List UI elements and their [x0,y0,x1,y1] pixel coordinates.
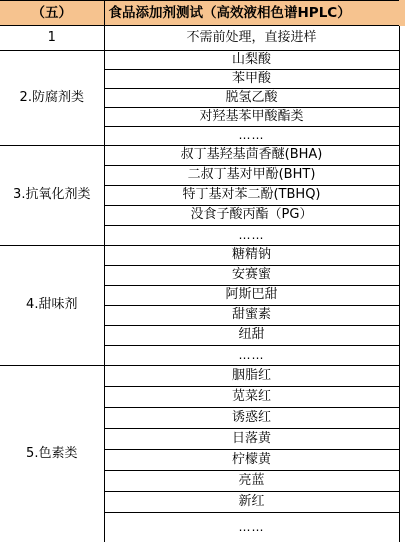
item-cell: 脱氢乙酸 [104,89,399,108]
item-cell: 柠檬黄 [104,450,399,471]
item-cell: 苋菜红 [104,387,399,408]
table-row: 3.抗氧化剂类 叔丁基羟基茴香醚(BHA) [0,146,399,166]
item-cell: 糖精钠 [104,246,399,266]
item-cell: 纽甜 [104,326,399,346]
item-cell: 山梨酸 [104,51,399,70]
section-label-cell-sweeteners: 4.甜味剂 [0,246,104,366]
item-cell: 亮蓝 [104,471,399,492]
item-cell: 日落黄 [104,429,399,450]
ellipsis-cell: …… [104,346,399,366]
section-label-cell-preservatives: 2.防腐剂类 [0,51,104,146]
row-number-cell: 1 [0,26,104,51]
table-row: 1 不需前处理，直接进样 [0,26,399,51]
item-cell: 叔丁基羟基茴香醚(BHA) [104,146,399,166]
header-title-cell: 食品添加剂测试（高效液相色谱HPLC） [104,1,399,26]
table-row: 4.甜味剂 糖精钠 [0,246,399,266]
header-fill-spill [399,0,405,26]
food-additive-test-table: （五） 食品添加剂测试（高效液相色谱HPLC） 1 不需前处理，直接进样 2.防… [0,0,400,542]
row-text-cell: 不需前处理，直接进样 [104,26,399,51]
ellipsis-cell: …… [104,226,399,246]
item-cell: 特丁基对苯二酚(TBHQ) [104,186,399,206]
table-row: 2.防腐剂类 山梨酸 [0,51,399,70]
header-row: （五） 食品添加剂测试（高效液相色谱HPLC） [0,1,399,26]
header-index-cell: （五） [0,1,104,26]
table-row: 5.色素类 胭脂红 [0,366,399,387]
item-cell: 甜蜜素 [104,306,399,326]
section-label-cell-colorants: 5.色素类 [0,366,104,542]
item-cell: 苯甲酸 [104,70,399,89]
item-cell: 没食子酸丙酯（PG） [104,206,399,226]
item-cell: 对羟基苯甲酸酯类 [104,108,399,127]
item-cell: 新红 [104,492,399,513]
item-cell: 诱惑红 [104,408,399,429]
ellipsis-cell: …… [104,513,399,542]
item-cell: 胭脂红 [104,366,399,387]
ellipsis-cell: …… [104,127,399,146]
item-cell: 安赛蜜 [104,266,399,286]
item-cell: 阿斯巴甜 [104,286,399,306]
item-cell: 二叔丁基对甲酚(BHT) [104,166,399,186]
food-additive-test-page: （五） 食品添加剂测试（高效液相色谱HPLC） 1 不需前处理，直接进样 2.防… [0,0,405,542]
section-label-cell-antioxidants: 3.抗氧化剂类 [0,146,104,246]
